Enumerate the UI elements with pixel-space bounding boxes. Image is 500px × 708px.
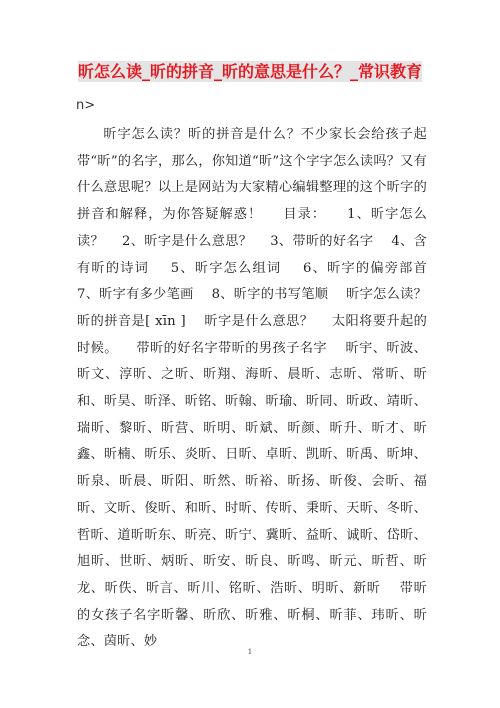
document-body-paragraph: 昕字怎么读？昕的拼音是什么？不少家长会给孩子起带“昕”的名字，那么，你知道“昕”… (77, 122, 427, 656)
document-title-text: 昕怎么读_昕的拼音_昕的意思是什么？_常识教育 (78, 61, 422, 82)
document-title: 昕怎么读_昕的拼音_昕的意思是什么？_常识教育 (0, 62, 500, 82)
html-fragment-text: n> (76, 98, 95, 113)
page-number: 1 (0, 648, 500, 656)
